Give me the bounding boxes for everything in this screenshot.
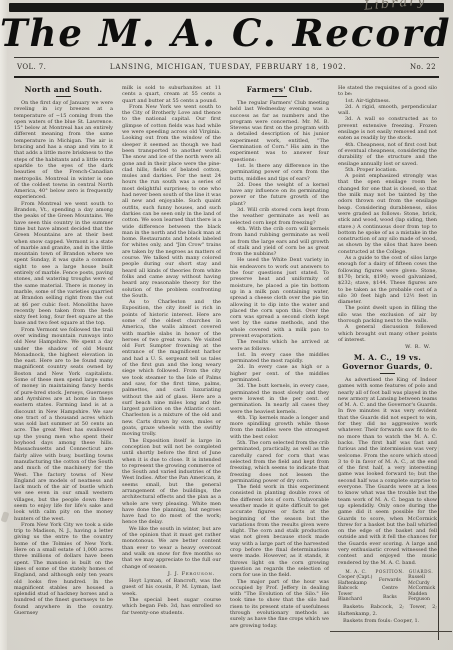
heading-rule: [272, 96, 287, 97]
paragraph: 4th. With the crib corn will kernels fro…: [230, 226, 329, 257]
paragraph: A general discussion followed which brou…: [338, 324, 437, 343]
scan-left-edge: [0, 0, 7, 650]
column-2: milk is sold to suburbanites at 11 cents…: [122, 85, 221, 646]
paragraph: 3d. Will crib stored corn kept from the …: [230, 207, 329, 226]
page-edge-shadow-right: [438, 442, 440, 640]
dateline-bar: VOL. 7. LANSING, MICHIGAN, TUESDAY, FEBR…: [14, 57, 439, 78]
paragraph: milk is sold to suburbanites at 11 cents…: [122, 85, 221, 104]
paragraph: A point emphasized strongly was that the…: [338, 173, 437, 255]
paragraph: The point dwelt upon in filling the silo…: [338, 305, 437, 324]
paragraph: The Exposition itself is large in concep…: [122, 438, 221, 526]
paragraph: 2d. In every case as high or a higher pe…: [230, 364, 329, 383]
paragraph: We like the south in winter, but are of …: [122, 526, 221, 570]
paragraph: The special beet sugar course which bega…: [122, 597, 221, 616]
paragraph: He used the White Dent variety in his en…: [230, 257, 329, 339]
page-edge-shadow-bottom: [330, 631, 452, 633]
lineup-note: Baskets from fouls: Cooper, 1.: [338, 618, 437, 624]
column-3: Farmers' Club.The regular Farmers' Club …: [230, 85, 329, 646]
paragraph: 3d. A wall so constructed as to prevent …: [338, 116, 437, 141]
paragraph: The results which he arrived at were as …: [230, 339, 329, 352]
column-4: He stated the requisites of a good silo …: [338, 85, 437, 646]
author-signature: W. R. W.: [338, 344, 431, 350]
paragraph: 3d. The butt kernels, in every case, ger…: [230, 383, 329, 414]
volume-label: VOL. 7.: [17, 63, 46, 71]
paragraph: 4th. Cheapness, not of first cost but of…: [338, 142, 437, 167]
lineup-note: Baskets: Babcock, 2; Tower, 2; Haftenkam…: [338, 604, 437, 617]
article-heading-text: M. A. C., 19 vs. Governor Guards, 0.: [338, 354, 437, 371]
article-heading-text: Farmers' Club.: [230, 86, 329, 95]
paragraph: 1st. In every case the middles germinate…: [230, 352, 329, 365]
paragraph: 2d. Does the weight of a kernel have any…: [230, 182, 329, 207]
author-signature: J. J. Ferguson.: [122, 571, 215, 577]
article-heading: M. A. C., 19 vs. Governor Guards, 0.: [338, 354, 437, 374]
lineup-player-guards: Ferguson: [405, 597, 437, 603]
article-heading: Farmers' Club.: [230, 86, 329, 97]
paragraph: The major part of the hour was occupied …: [230, 579, 329, 629]
lineup-table: M. A. C.POSITION.GUARDS.Cooper (Capt.)Fo…: [338, 569, 437, 603]
paragraph: The regular Farmers' Club meeting held l…: [230, 100, 329, 163]
article-columns: North and South.On the first day of Janu…: [14, 85, 437, 646]
heading-rule: [56, 96, 71, 97]
paragraph: The field work in this experiment consis…: [230, 484, 329, 578]
paragraph: From Montreal we went south to Brandon, …: [14, 201, 113, 327]
masthead-title: The M. A. C. Record.: [0, 11, 453, 55]
column-1: North and South.On the first day of Janu…: [14, 85, 113, 646]
scan-smudge: [1, 511, 10, 522]
issue-label: No. 22: [410, 63, 436, 71]
paragraph: 1st. Is there any difference in the germ…: [230, 163, 329, 182]
paragraph: He stated the requisites of a good silo …: [338, 85, 437, 98]
lineup-position: Backs: [375, 592, 406, 603]
paragraph: As advertised the King of Indoor games w…: [338, 377, 437, 566]
heading-rule: [380, 373, 395, 374]
paragraph: On the first day of January we were reve…: [14, 100, 113, 201]
paragraph: As a guide to the cost of silos large en…: [338, 255, 437, 305]
paragraph: From Vermont we followed the trail over …: [14, 327, 113, 522]
paragraph: As to Charleston and the Exposition, the…: [122, 299, 221, 438]
paragraph: From New York we went south to the City …: [122, 104, 221, 299]
article-heading-text: North and South.: [14, 86, 113, 95]
lineup-player-mac: Blanchard: [338, 597, 375, 603]
paragraph: 5th. The corn selected from the crib ger…: [230, 440, 329, 484]
paragraph: Hoyt Lyman, of Bancroft, was the guest o…: [122, 578, 221, 597]
paragraph: 2d. A rigid, smooth, perpendicular wall.: [338, 104, 437, 117]
dateline-text: LANSING, MICHIGAN, TUESDAY, FEBRUARY 18,…: [46, 63, 410, 71]
lineup-position: Forwards: [375, 575, 406, 586]
paragraph: From New York City we took a side trip t…: [14, 522, 113, 616]
paragraph: 4th. Tip kernels made a longer and more …: [230, 415, 329, 440]
newspaper-page: Library The M. A. C. Record. VOL. 7. LAN…: [0, 0, 453, 650]
article-heading: North and South.: [14, 86, 113, 97]
